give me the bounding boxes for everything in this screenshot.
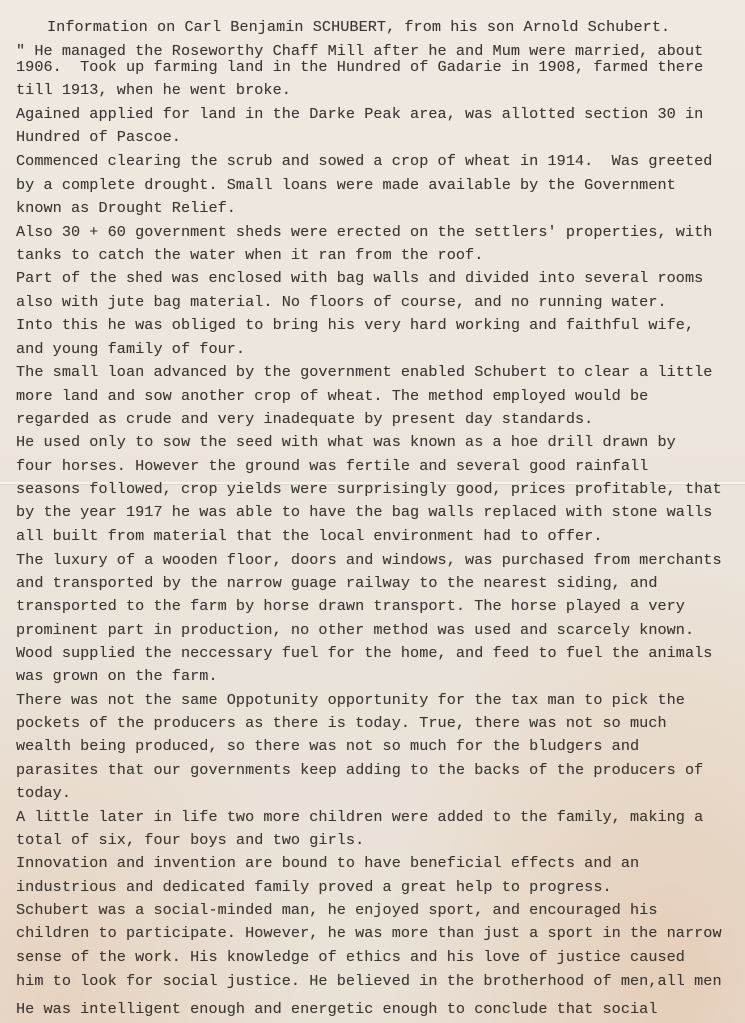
text-line: also with jute bag material. No floors o… xyxy=(16,293,667,311)
text-line: Also 30 + 60 government sheds were erect… xyxy=(16,223,712,241)
text-line: and young family of four. xyxy=(16,340,245,358)
text-line: He was intelligent enough and energetic … xyxy=(16,1000,657,1018)
text-line: total of six, four boys and two girls. xyxy=(16,831,364,849)
text-line: more land and sow another crop of wheat.… xyxy=(16,387,648,405)
text-line: A little later in life two more children… xyxy=(16,808,703,826)
text-line: all built from material that the local e… xyxy=(16,527,603,545)
text-line: Part of the shed was enclosed with bag w… xyxy=(16,269,703,287)
text-line: There was not the same Oppotunity opport… xyxy=(16,691,685,709)
text-line: him to look for social justice. He belie… xyxy=(16,972,722,990)
text-line: Wood supplied the neccessary fuel for th… xyxy=(16,644,712,662)
text-line: today. xyxy=(16,784,71,802)
text-line: 1906. Took up farming land in the Hundre… xyxy=(16,58,703,76)
text-line: Innovation and invention are bound to ha… xyxy=(16,854,639,872)
text-line: transported to the farm by horse drawn t… xyxy=(16,597,685,615)
text-line: He used only to sow the seed with what w… xyxy=(16,433,676,451)
text-line: tanks to catch the water when it ran fro… xyxy=(16,246,483,264)
typed-document-page: Information on Carl Benjamin SCHUBERT, f… xyxy=(0,0,745,1023)
text-line: wealth being produced, so there was not … xyxy=(16,737,639,755)
text-line: four horses. However the ground was fert… xyxy=(16,457,648,475)
text-line: The luxury of a wooden floor, doors and … xyxy=(16,551,722,569)
text-line: was grown on the farm. xyxy=(16,667,218,685)
text-line: till 1913, when he went broke. xyxy=(16,81,291,99)
text-line: seasons followed, crop yields were surpr… xyxy=(16,480,722,498)
text-line: Schubert was a social-minded man, he enj… xyxy=(16,901,657,919)
text-line: Agained applied for land in the Darke Pe… xyxy=(16,105,703,123)
text-line: known as Drought Relief. xyxy=(16,199,236,217)
text-line: children to participate. However, he was… xyxy=(16,924,722,942)
text-line: pockets of the producers as there is tod… xyxy=(16,714,667,732)
text-line: sense of the work. His knowledge of ethi… xyxy=(16,948,685,966)
text-line: Into this he was obliged to bring his ve… xyxy=(16,316,694,334)
text-line: Commenced clearing the scrub and sowed a… xyxy=(16,152,712,170)
text-line: prominent part in production, no other m… xyxy=(16,621,694,639)
text-line: by a complete drought. Small loans were … xyxy=(16,176,676,194)
text-line: by the year 1917 he was able to have the… xyxy=(16,503,712,521)
document-title: Information on Carl Benjamin SCHUBERT, f… xyxy=(47,18,670,36)
text-line: parasites that our governments keep addi… xyxy=(16,761,703,779)
text-line: and transported by the narrow guage rail… xyxy=(16,574,657,592)
text-line: The small loan advanced by the governmen… xyxy=(16,363,712,381)
text-line: regarded as crude and very inadequate by… xyxy=(16,410,593,428)
text-line: industrious and dedicated family proved … xyxy=(16,878,612,896)
text-line: Hundred of Pascoe. xyxy=(16,128,181,146)
